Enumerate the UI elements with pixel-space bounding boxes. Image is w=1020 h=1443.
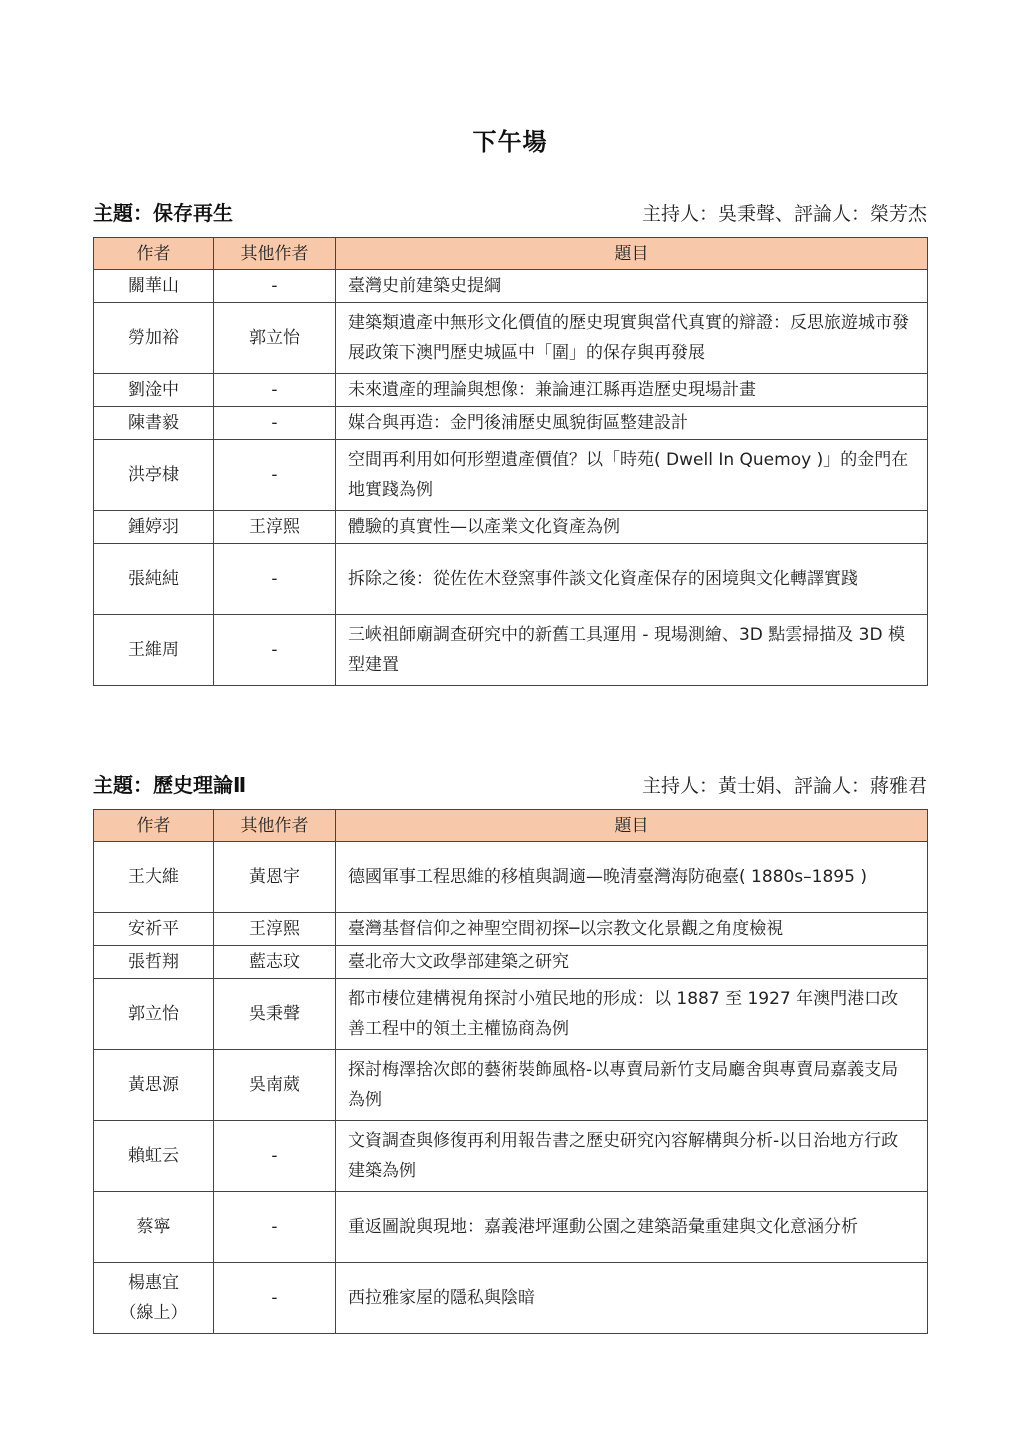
session-header: 主題：保存再生 主持人：吳秉聲、評論人：榮芳杰 bbox=[93, 196, 927, 226]
title-cell: 三峽祖師廟調查研究中的新舊工具運用 - 現場測繪、3D 點雲掃描及 3D 模型建… bbox=[336, 615, 928, 686]
title-cell: 都市棲位建構視角探討小殖民地的形成：以 1887 至 1927 年澳門港口改善工… bbox=[336, 979, 928, 1050]
author-cell: 楊惠宜 （線上） bbox=[94, 1263, 214, 1334]
coauthor-cell: 王淳熙 bbox=[214, 913, 336, 946]
session-table: 作者 其他作者 題目 關華山 - 臺灣史前建築史提綱 勞加裕 郭立怡 建築類遺產… bbox=[93, 237, 928, 686]
column-header-title: 題目 bbox=[336, 238, 928, 270]
coauthor-cell: - bbox=[214, 1192, 336, 1263]
table-row: 黃思源 吳南葳 探討梅澤捨次郎的藝術裝飾風格-以專賣局新竹支局廳舍與專賣局嘉義支… bbox=[94, 1050, 928, 1121]
coauthor-cell: 藍志玟 bbox=[214, 946, 336, 979]
coauthor-cell: - bbox=[214, 407, 336, 440]
session-host: 主持人：吳秉聲、評論人：榮芳杰 bbox=[642, 199, 927, 226]
author-cell: 勞加裕 bbox=[94, 303, 214, 374]
coauthor-cell: 王淳熙 bbox=[214, 511, 336, 544]
title-cell: 臺灣基督信仰之神聖空間初探─以宗教文化景觀之角度檢視 bbox=[336, 913, 928, 946]
author-cell: 郭立怡 bbox=[94, 979, 214, 1050]
column-header-author: 作者 bbox=[94, 238, 214, 270]
table-row: 郭立怡 吳秉聲 都市棲位建構視角探討小殖民地的形成：以 1887 至 1927 … bbox=[94, 979, 928, 1050]
session-table: 作者 其他作者 題目 王大維 黃恩宇 德國軍事工程思維的移植與調適—晚清臺灣海防… bbox=[93, 809, 928, 1334]
table-header-row: 作者 其他作者 題目 bbox=[94, 238, 928, 270]
session-header: 主題：歷史理論Ⅱ 主持人：黃士娟、評論人：蔣雅君 bbox=[93, 768, 927, 798]
author-cell: 黃思源 bbox=[94, 1050, 214, 1121]
table-row: 陳書毅 - 媒合與再造：金門後浦歷史風貌街區整建設計 bbox=[94, 407, 928, 440]
author-name: 楊惠宜 bbox=[102, 1268, 205, 1298]
title-cell: 德國軍事工程思維的移植與調適—晚清臺灣海防砲臺( 1880s–1895 ) bbox=[336, 842, 928, 913]
title-cell: 西拉雅家屋的隱私與陰暗 bbox=[336, 1263, 928, 1334]
title-cell: 臺北帝大文政學部建築之研究 bbox=[336, 946, 928, 979]
author-note: （線上） bbox=[102, 1298, 205, 1328]
title-cell: 拆除之後：從佐佐木登窯事件談文化資產保存的困境與文化轉譯實踐 bbox=[336, 544, 928, 615]
author-cell: 張哲翔 bbox=[94, 946, 214, 979]
column-header-title: 題目 bbox=[336, 810, 928, 842]
title-cell: 未來遺產的理論與想像：兼論連江縣再造歷史現場計畫 bbox=[336, 374, 928, 407]
table-row: 勞加裕 郭立怡 建築類遺產中無形文化價值的歷史現實與當代真實的辯證：反思旅遊城市… bbox=[94, 303, 928, 374]
author-cell: 劉淦中 bbox=[94, 374, 214, 407]
author-cell: 賴虹云 bbox=[94, 1121, 214, 1192]
table-row: 賴虹云 - 文資調查與修復再利用報告書之歷史研究內容解構與分析-以日治地方行政建… bbox=[94, 1121, 928, 1192]
title-cell: 建築類遺產中無形文化價值的歷史現實與當代真實的辯證：反思旅遊城市發展政策下澳門歷… bbox=[336, 303, 928, 374]
coauthor-cell: - bbox=[214, 1121, 336, 1192]
title-cell: 重返圖說與現地：嘉義港坪運動公園之建築語彙重建與文化意涵分析 bbox=[336, 1192, 928, 1263]
table-row: 洪亭棣 - 空間再利用如何形塑遺產價值？以「時苑( Dwell In Quemo… bbox=[94, 440, 928, 511]
author-cell: 關華山 bbox=[94, 270, 214, 303]
table-row: 鍾婷羽 王淳熙 體驗的真實性—以產業文化資產為例 bbox=[94, 511, 928, 544]
table-row: 關華山 - 臺灣史前建築史提綱 bbox=[94, 270, 928, 303]
author-cell: 王大維 bbox=[94, 842, 214, 913]
title-cell: 空間再利用如何形塑遺產價值？以「時苑( Dwell In Quemoy )」的金… bbox=[336, 440, 928, 511]
session-host: 主持人：黃士娟、評論人：蔣雅君 bbox=[642, 771, 927, 798]
title-cell: 體驗的真實性—以產業文化資產為例 bbox=[336, 511, 928, 544]
author-cell: 蔡寧 bbox=[94, 1192, 214, 1263]
table-row: 王大維 黃恩宇 德國軍事工程思維的移植與調適—晚清臺灣海防砲臺( 1880s–1… bbox=[94, 842, 928, 913]
table-header-row: 作者 其他作者 題目 bbox=[94, 810, 928, 842]
title-cell: 媒合與再造：金門後浦歷史風貌街區整建設計 bbox=[336, 407, 928, 440]
title-cell: 探討梅澤捨次郎的藝術裝飾風格-以專賣局新竹支局廳舍與專賣局嘉義支局為例 bbox=[336, 1050, 928, 1121]
table-row: 劉淦中 - 未來遺產的理論與想像：兼論連江縣再造歷史現場計畫 bbox=[94, 374, 928, 407]
session-topic: 主題：保存再生 bbox=[93, 197, 233, 226]
table-row: 安祈平 王淳熙 臺灣基督信仰之神聖空間初探─以宗教文化景觀之角度檢視 bbox=[94, 913, 928, 946]
page-title: 下午場 bbox=[0, 122, 1020, 157]
column-header-coauthor: 其他作者 bbox=[214, 810, 336, 842]
table-row: 蔡寧 - 重返圖說與現地：嘉義港坪運動公園之建築語彙重建與文化意涵分析 bbox=[94, 1192, 928, 1263]
coauthor-cell: - bbox=[214, 440, 336, 511]
coauthor-cell: 吳南葳 bbox=[214, 1050, 336, 1121]
title-cell: 臺灣史前建築史提綱 bbox=[336, 270, 928, 303]
coauthor-cell: 郭立怡 bbox=[214, 303, 336, 374]
coauthor-cell: - bbox=[214, 544, 336, 615]
table-row: 楊惠宜 （線上） - 西拉雅家屋的隱私與陰暗 bbox=[94, 1263, 928, 1334]
author-cell: 張純純 bbox=[94, 544, 214, 615]
author-cell: 洪亭棣 bbox=[94, 440, 214, 511]
coauthor-cell: - bbox=[214, 374, 336, 407]
table-row: 張純純 - 拆除之後：從佐佐木登窯事件談文化資產保存的困境與文化轉譯實踐 bbox=[94, 544, 928, 615]
coauthor-cell: 吳秉聲 bbox=[214, 979, 336, 1050]
author-cell: 陳書毅 bbox=[94, 407, 214, 440]
column-header-coauthor: 其他作者 bbox=[214, 238, 336, 270]
coauthor-cell: 黃恩宇 bbox=[214, 842, 336, 913]
coauthor-cell: - bbox=[214, 1263, 336, 1334]
author-cell: 安祈平 bbox=[94, 913, 214, 946]
column-header-author: 作者 bbox=[94, 810, 214, 842]
coauthor-cell: - bbox=[214, 270, 336, 303]
table-row: 張哲翔 藍志玟 臺北帝大文政學部建築之研究 bbox=[94, 946, 928, 979]
author-cell: 鍾婷羽 bbox=[94, 511, 214, 544]
table-row: 王維周 - 三峽祖師廟調查研究中的新舊工具運用 - 現場測繪、3D 點雲掃描及 … bbox=[94, 615, 928, 686]
author-cell: 王維周 bbox=[94, 615, 214, 686]
session-topic: 主題：歷史理論Ⅱ bbox=[93, 769, 246, 798]
title-cell: 文資調查與修復再利用報告書之歷史研究內容解構與分析-以日治地方行政建築為例 bbox=[336, 1121, 928, 1192]
coauthor-cell: - bbox=[214, 615, 336, 686]
